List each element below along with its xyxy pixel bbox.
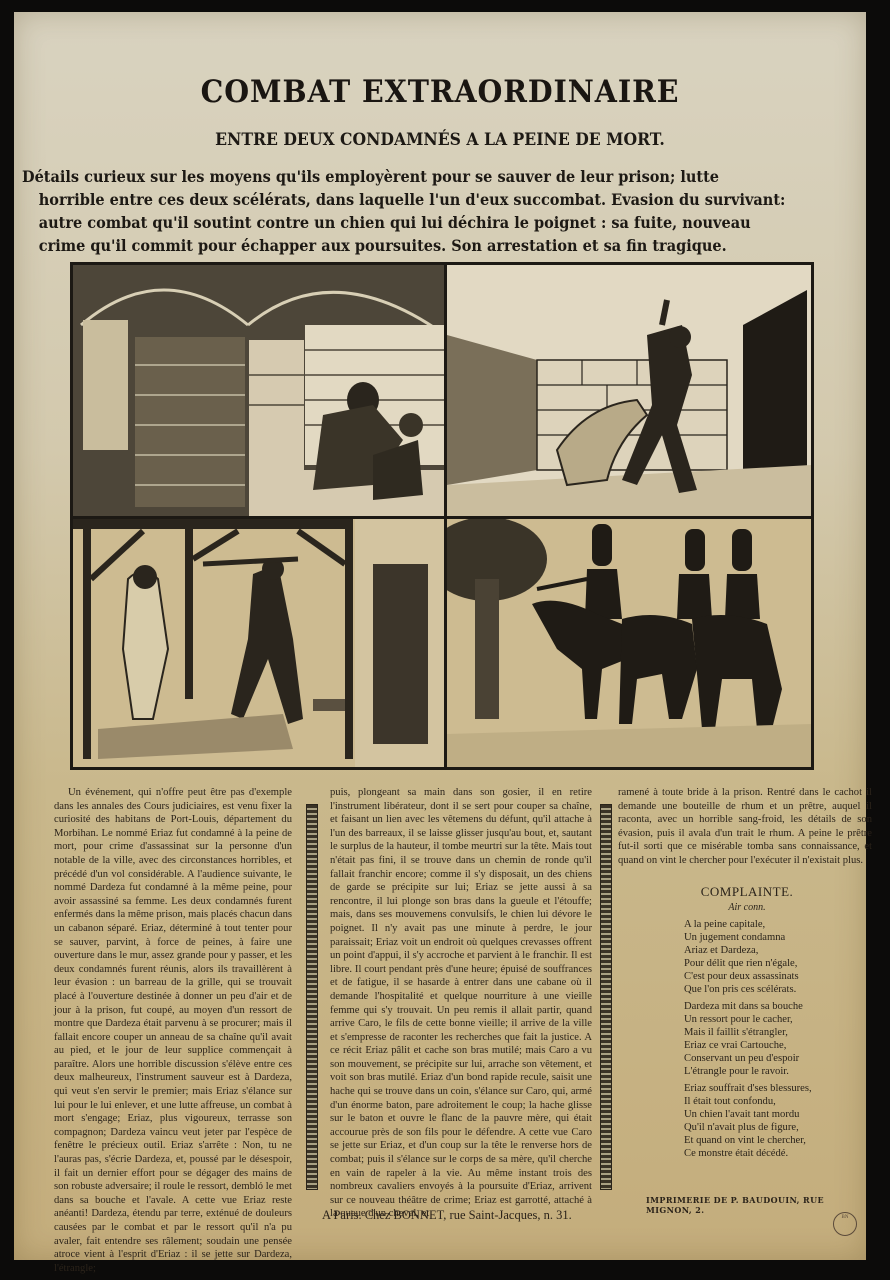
verse-line: Que l'on pris ces scélérats. xyxy=(684,983,812,996)
ornamental-column-rule xyxy=(600,804,612,1190)
summary-line: horrible entre ces deux scélérats, dans … xyxy=(22,188,859,211)
verse: Eriaz souffrait d'ses blessures, Il étai… xyxy=(684,1082,812,1160)
body-text: Un événement, qui n'offre peut être pas … xyxy=(54,786,292,1275)
complainte-air: Air conn. xyxy=(618,902,876,913)
verse-line: Eriaz souffrait d'ses blessures, xyxy=(684,1082,812,1095)
panel-prison-struggle xyxy=(70,262,448,520)
summary-paragraph: Détails curieux sur les moyens qu'ils em… xyxy=(22,165,859,257)
verse-line: Pour délit que rien n'égale, xyxy=(684,957,812,970)
verse-line: Ariaz et Dardeza, xyxy=(684,944,812,957)
woodcut-illustrations xyxy=(70,262,814,770)
verse-line: Et quand on vint le chercher, xyxy=(684,1134,812,1147)
cavalry-illustration xyxy=(447,519,811,767)
verse-line: Conservant un peu d'espoir xyxy=(684,1052,812,1065)
verse-line: Un ressort pour le cacher, xyxy=(684,1013,812,1026)
verse-line: Un jugement condamna xyxy=(684,931,812,944)
body-column-3: ramené à toute bride à la prison. Rentré… xyxy=(618,786,872,868)
dog-attack-illustration xyxy=(447,265,811,517)
verse-line: Il était tout confondu, xyxy=(684,1095,812,1108)
body-column-1: Un événement, qui n'offre peut être pas … xyxy=(54,786,292,1275)
body-column-2: puis, plongeant sa main dans son gosier,… xyxy=(330,786,592,1221)
panel-dog-attack xyxy=(444,262,814,520)
verse-line: Mais il faillit s'étrangler, xyxy=(684,1026,812,1039)
verse-line: L'étrangle pour le ravoir. xyxy=(684,1065,812,1078)
ornamental-column-rule xyxy=(306,804,318,1190)
verse: A la peine capitale, Un jugement condamn… xyxy=(684,918,812,996)
cabin-fight-illustration xyxy=(73,519,445,767)
verse-line: Qu'il n'avait plus de figure, xyxy=(684,1121,812,1134)
broadside-sheet: COMBAT EXTRAORDINAIRE ENTRE DEUX CONDAMN… xyxy=(14,12,866,1260)
body-text: ramené à toute bride à la prison. Rentré… xyxy=(618,786,872,868)
verse: Dardeza mit dans sa bouche Un ressort po… xyxy=(684,1000,812,1078)
verse-line: C'est pour deux assassinats xyxy=(684,970,812,983)
complainte-verses: A la peine capitale, Un jugement condamn… xyxy=(684,918,812,1164)
panel-axe-murder xyxy=(70,516,448,770)
poster-title: COMBAT EXTRAORDINAIRE xyxy=(48,74,832,110)
verse-line: A la peine capitale, xyxy=(684,918,812,931)
verse-line: Dardeza mit dans sa bouche xyxy=(684,1000,812,1013)
publisher-imprint: A Paris. Chez BONNET, rue Saint-Jacques,… xyxy=(322,1208,572,1223)
summary-line: crime qu'il commit pour échapper aux pou… xyxy=(22,234,859,257)
poster-subtitle: ENTRE DEUX CONDAMNÉS A LA PEINE DE MORT. xyxy=(48,130,832,150)
verse-line: Eriaz ce vrai Cartouche, xyxy=(684,1039,812,1052)
summary-line: autre combat qu'il soutint contre un chi… xyxy=(22,211,859,234)
verse-line: Un chien l'avait tant mordu xyxy=(684,1108,812,1121)
panel-cavalry xyxy=(444,516,814,770)
complainte-title: COMPLAINTE. xyxy=(618,884,876,900)
summary-line: Détails curieux sur les moyens qu'ils em… xyxy=(22,165,859,188)
printer-imprint: IMPRIMERIE DE P. BAUDOUIN, RUE MIGNON, 2… xyxy=(646,1195,866,1215)
prison-cell-illustration xyxy=(73,265,445,517)
verse-line: Ce monstre était décédé. xyxy=(684,1147,812,1160)
library-stamp-icon: BN xyxy=(833,1212,857,1236)
body-text: puis, plongeant sa main dans son gosier,… xyxy=(330,786,592,1221)
